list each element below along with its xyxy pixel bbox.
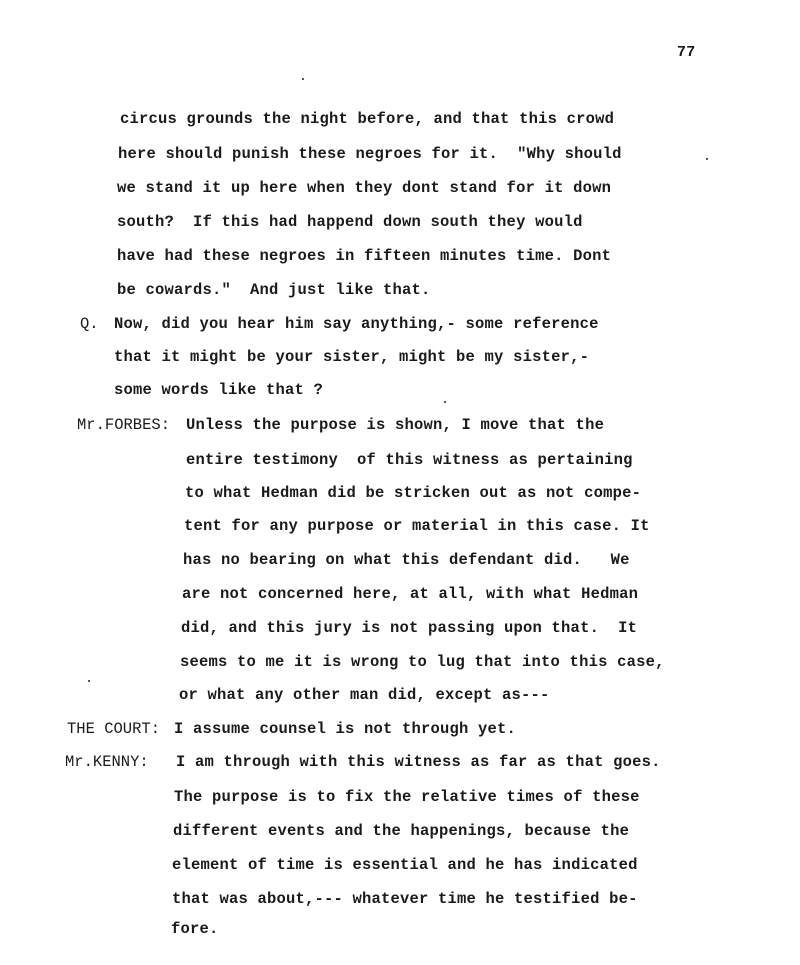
text-line: The purpose is to fix the relative times… (174, 788, 640, 806)
text-line: tent for any purpose or material in this… (184, 517, 650, 535)
text-line: be cowards." And just like that. (117, 281, 431, 299)
transcript-page: 77 circus grounds the night before, and … (0, 0, 800, 965)
text-line: south? If this had happend down south th… (117, 213, 583, 231)
text-line: or what any other man did, except as--- (179, 686, 550, 704)
text-line: different events and the happenings, bec… (173, 822, 629, 840)
scan-speck (88, 680, 90, 682)
text-line: Unless the purpose is shown, I move that… (186, 416, 604, 434)
scan-speck (444, 401, 446, 403)
text-line: some words like that ? (114, 381, 323, 399)
text-line: element of time is essential and he has … (172, 856, 638, 874)
text-line: seems to me it is wrong to lug that into… (180, 653, 665, 671)
text-line: to what Hedman did be stricken out as no… (185, 484, 641, 502)
text-line: are not concerned here, at all, with wha… (182, 585, 638, 603)
text-line: circus grounds the night before, and tha… (120, 110, 614, 128)
text-line: that was about,--- whatever time he test… (172, 890, 638, 908)
text-line: entire testimony of this witness as pert… (186, 451, 633, 469)
speaker-label: THE COURT: (67, 720, 160, 738)
text-line: we stand it up here when they dont stand… (117, 179, 611, 197)
text-line: have had these negroes in fifteen minute… (117, 247, 611, 265)
page-number: 77 (677, 44, 695, 61)
question-marker: Q. (80, 315, 99, 333)
text-line: Now, did you hear him say anything,- som… (114, 315, 599, 333)
speaker-label: Mr.FORBES: (77, 416, 170, 434)
text-line: has no bearing on what this defendant di… (183, 551, 630, 569)
text-line: fore. (171, 920, 219, 938)
text-line: I assume counsel is not through yet. (174, 720, 516, 738)
text-line: I am through with this witness as far as… (176, 753, 661, 771)
text-line: here should punish these negroes for it.… (118, 145, 622, 163)
text-line: that it might be your sister, might be m… (114, 348, 589, 366)
text-line: did, and this jury is not passing upon t… (181, 619, 637, 637)
speaker-label: Mr.KENNY: (65, 753, 149, 771)
scan-speck (302, 78, 304, 80)
scan-speck (706, 158, 708, 160)
